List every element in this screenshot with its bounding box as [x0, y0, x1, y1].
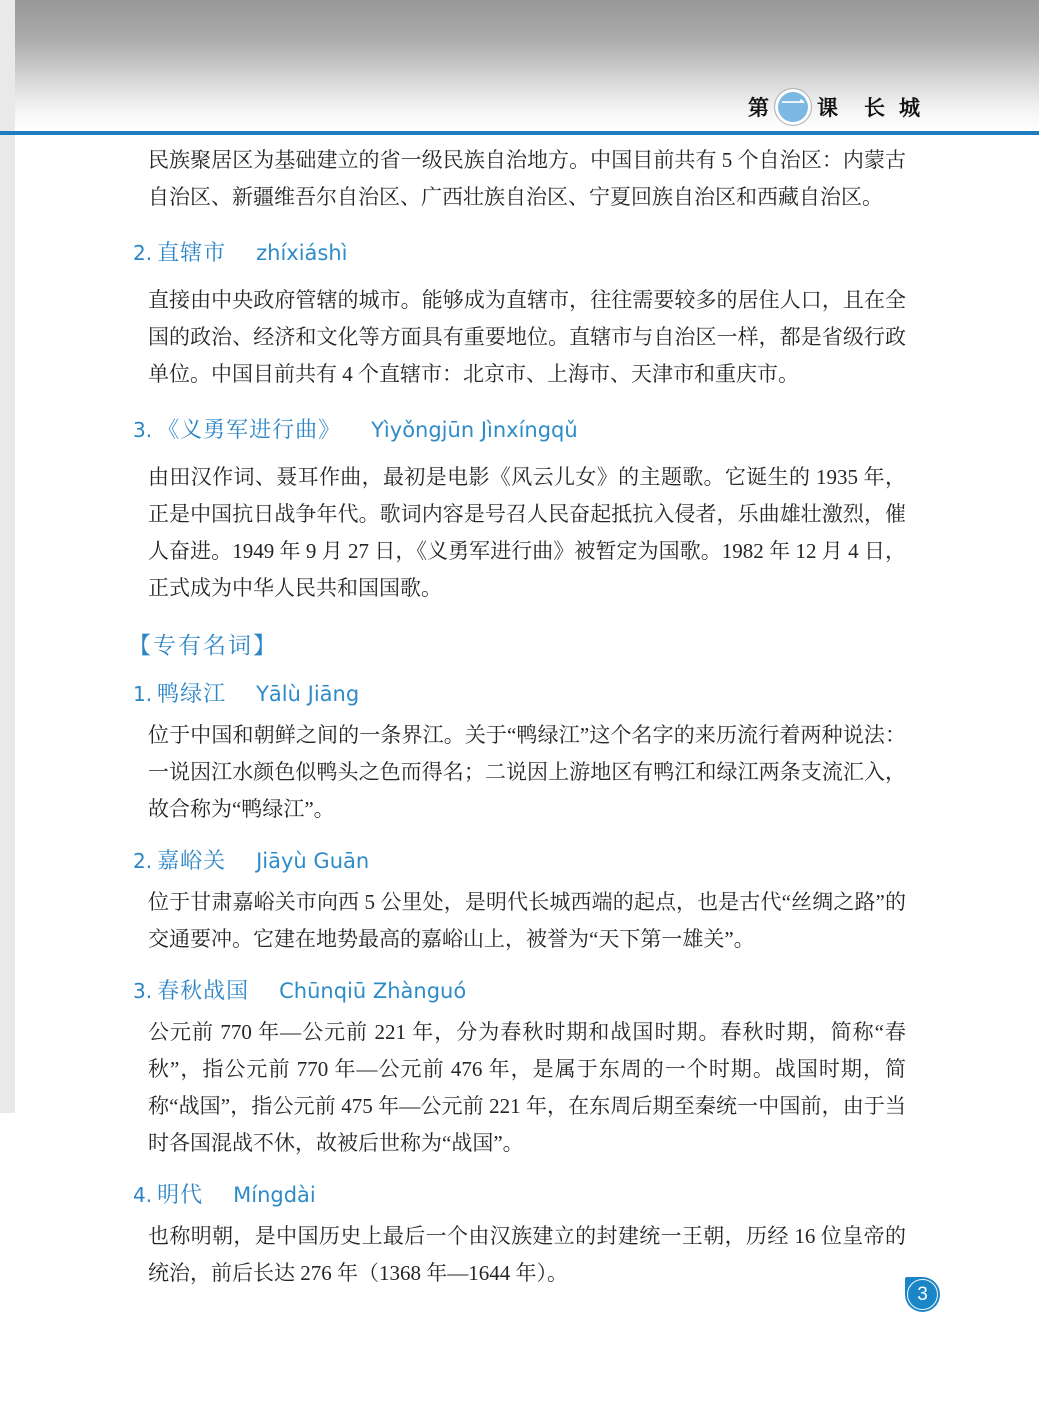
item-number: 4. — [133, 1180, 152, 1210]
glossary-item-zhixiashi: 2. 直辖市 zhíxiáshì 直接由中央政府管辖的城市。能够成为直辖市，往往… — [148, 238, 906, 393]
lesson-number-circle-icon: 一 — [774, 88, 812, 126]
glossary-item-heading: 3. 《义勇军进行曲》 Yìyǒngjūn Jìnxíngqǔ — [133, 415, 906, 445]
proper-noun-item-mingdai: 4. 明代 Míngdài 也称明朝，是中国历史上最后一个由汉族建立的封建统一王… — [148, 1180, 906, 1292]
item-definition: 位于甘肃嘉峪关市向西 5 公里处，是明代长城西端的起点，也是古代“丝绸之路”的交… — [148, 884, 906, 958]
page-number-badge: 3 — [905, 1277, 940, 1312]
item-number: 2. — [133, 238, 152, 268]
item-definition: 直接由中央政府管辖的城市。能够成为直辖市，往往需要较多的居住人口，且在全国的政治… — [148, 282, 906, 393]
item-pinyin: Míngdài — [233, 1180, 316, 1210]
lesson-word: 课 — [817, 92, 838, 122]
item-pinyin: Chūnqiū Zhànguó — [279, 976, 466, 1006]
item-term: 直辖市 — [157, 238, 226, 268]
item-number: 3. — [133, 976, 152, 1006]
continuation-paragraph: 民族聚居区为基础建立的省一级民族自治地方。中国目前共有 5 个自治区：内蒙古自治… — [148, 142, 906, 216]
item-definition: 公元前 770 年—公元前 221 年，分为春秋时期和战国时期。春秋时期，简称“… — [148, 1014, 906, 1162]
proper-noun-item-yalujiang: 1. 鸭绿江 Yālù Jiāng 位于中国和朝鲜之间的一条界江。关于“鸭绿江”… — [148, 679, 906, 828]
page-content: 民族聚居区为基础建立的省一级民族自治地方。中国目前共有 5 个自治区：内蒙古自治… — [148, 142, 906, 1292]
proper-nouns-heading: 【专有名词】 — [128, 631, 906, 661]
lesson-header: 第 一 课 长城 — [748, 86, 934, 128]
textbook-page: 第 一 课 长城 民族聚居区为基础建立的省一级民族自治地方。中国目前共有 5 个… — [0, 0, 1039, 1401]
item-pinyin: Jiāyù Guān — [256, 846, 369, 876]
glossary-item-heading: 2. 直辖市 zhíxiáshì — [133, 238, 906, 268]
item-definition: 由田汉作词、聂耳作曲，最初是电影《风云儿女》的主题歌。它诞生的 1935 年，正… — [148, 459, 906, 607]
proper-noun-heading: 2. 嘉峪关 Jiāyù Guān — [133, 846, 906, 876]
item-term: 鸭绿江 — [157, 679, 226, 709]
proper-noun-heading: 3. 春秋战国 Chūnqiū Zhànguó — [133, 976, 906, 1006]
lesson-title: 长城 — [864, 92, 934, 122]
item-number: 2. — [133, 846, 152, 876]
glossary-item-yiyongjun: 3. 《义勇军进行曲》 Yìyǒngjūn Jìnxíngqǔ 由田汉作词、聂耳… — [148, 415, 906, 607]
lesson-prefix: 第 — [748, 92, 769, 122]
item-definition: 位于中国和朝鲜之间的一条界江。关于“鸭绿江”这个名字的来历流行着两种说法：一说因… — [148, 717, 906, 828]
item-pinyin: zhíxiáshì — [256, 238, 347, 268]
proper-noun-item-chunqiuzhanguo: 3. 春秋战国 Chūnqiū Zhànguó 公元前 770 年—公元前 22… — [148, 976, 906, 1162]
item-number: 1. — [133, 679, 152, 709]
proper-noun-heading: 1. 鸭绿江 Yālù Jiāng — [133, 679, 906, 709]
item-term: 嘉峪关 — [157, 846, 226, 876]
page-edge-strip — [0, 0, 15, 1113]
item-pinyin: Yālù Jiāng — [256, 679, 359, 709]
proper-noun-item-jiayuguan: 2. 嘉峪关 Jiāyù Guān 位于甘肃嘉峪关市向西 5 公里处，是明代长城… — [148, 846, 906, 958]
item-term: 春秋战国 — [157, 976, 249, 1006]
item-number: 3. — [133, 415, 152, 445]
item-pinyin: Yìyǒngjūn Jìnxíngqǔ — [371, 415, 578, 445]
lesson-number: 一 — [781, 93, 805, 117]
header-divider-rule — [0, 131, 1039, 135]
proper-noun-heading: 4. 明代 Míngdài — [133, 1180, 906, 1210]
item-term: 《义勇军进行曲》 — [157, 415, 341, 445]
page-number: 3 — [905, 1277, 940, 1312]
item-definition: 也称明朝，是中国历史上最后一个由汉族建立的封建统一王朝，历经 16 位皇帝的统治… — [148, 1218, 906, 1292]
item-term: 明代 — [157, 1180, 203, 1210]
